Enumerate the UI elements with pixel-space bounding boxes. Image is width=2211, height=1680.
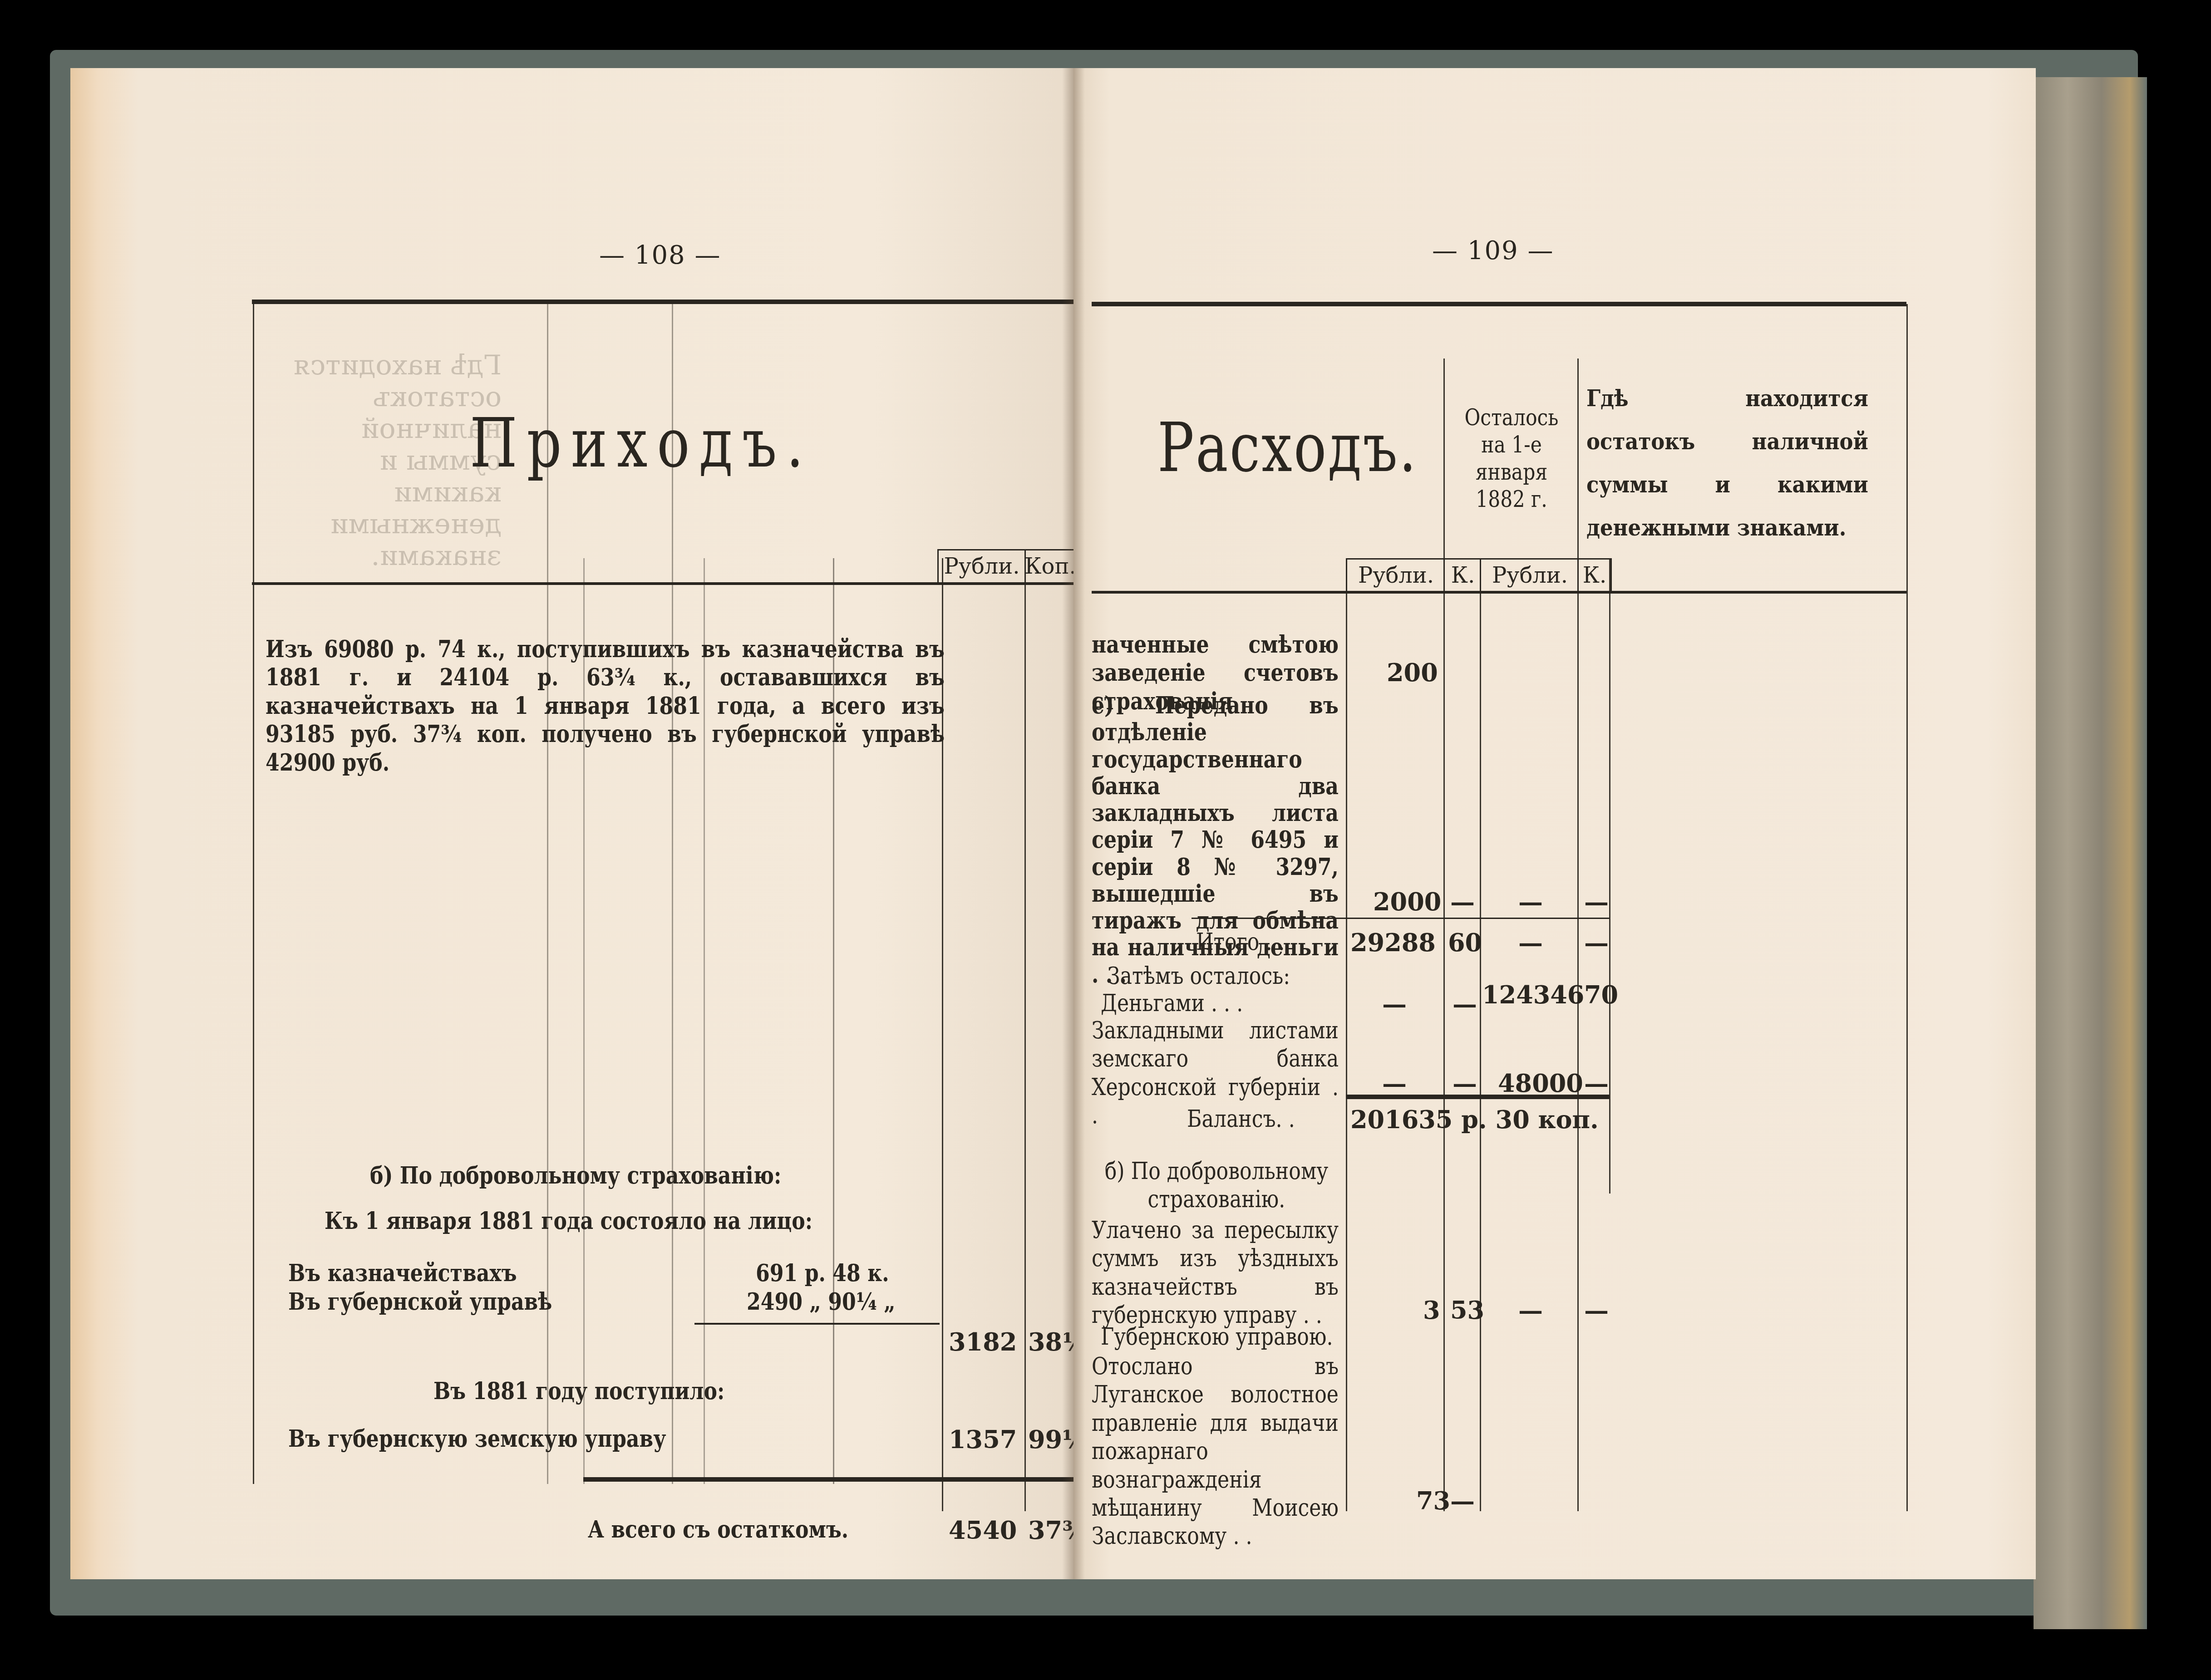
header-bottom-rule [252,582,1073,585]
item1-rubles: 3 [1423,1296,1440,1325]
book-gutter [1062,68,1085,1579]
header-kopecks: К. [1443,558,1481,591]
section-b-subheading: Къ 1 января 1881 года состояло на лицо: [325,1207,813,1235]
row-text: Затѣмъ осталось: [1108,962,1290,990]
row-kopecks: — [1450,887,1475,916]
header-rubles-label: Рубли. [944,554,1019,579]
header-kopecks-remaining: К. [1577,558,1612,591]
header-rubles-label: Рубли. [1358,563,1434,588]
balance-value: 201635 р. 30 коп. [1350,1105,1599,1134]
item-amount: 2490 „ 90¼ „ [747,1288,896,1316]
header-rubles2-label: Рубли. [1492,563,1568,588]
row-rubles: — [1382,989,1407,1018]
header-kopecks-label: К. [1451,563,1475,588]
table-left-border [253,304,254,1484]
row-rem-rubles: — [1518,928,1543,957]
row-text: Деньгами . . . [1101,989,1243,1017]
header-top-rule [252,300,1073,304]
kopecks-column-line [1480,558,1481,1511]
column-divider [1443,359,1445,1511]
item2-kopecks: — [1450,1486,1475,1515]
page-title: Расходъ. [1157,408,1418,487]
item1-rem-kopecks: — [1584,1296,1609,1325]
table-right-border [1906,304,1908,1511]
page-number: — 109 — [1432,236,1554,265]
row-kopecks: 60 [1448,928,1482,957]
left-page: — 108 — Гдѣ находится остатокъ наличной … [70,68,1073,1579]
row-kopecks: — [1453,1069,1477,1098]
row-rubles: 29288 [1350,928,1436,957]
item1-kopecks: 53 [1450,1296,1484,1325]
rubles-column-line [1346,558,1347,1511]
item2-rubles: 73 [1416,1486,1450,1515]
header-rubles-remaining: Рубли. [1480,558,1579,591]
row-rem-rubles: 124346 [1482,980,1584,1009]
row-rem-kopecks: 70 [1584,980,1618,1009]
page-title: Приходъ. [470,404,813,483]
section-b-item2: Отослано въ Луганское волостное правлені… [1092,1352,1339,1551]
received-rubles: 1357 [949,1425,1017,1454]
header-remaining: Осталось на 1-е января 1882 г. [1458,404,1566,513]
itogo-rule [1192,918,1609,919]
received-label: Въ губернскую земскую управу [288,1425,666,1453]
subtotal-rubles: 3182 [949,1327,1017,1356]
row-rem-kopecks: — [1584,1069,1609,1098]
balance-rule [1346,1095,1609,1099]
header-kopecks2-label: К. [1583,563,1606,588]
header-bottom-rule [1092,591,1906,594]
row-rubles: — [1382,1069,1407,1098]
received-heading: Въ 1881 году поступило: [433,1377,724,1405]
row-kopecks: — [1453,989,1477,1018]
section-b-heading: б) По добровольному страхованію. [1101,1157,1332,1214]
page-number: — 108 — [599,241,721,270]
header-rubles: Рубли. [1346,558,1445,591]
page-block-edge [2034,77,2147,1629]
column-divider [1577,359,1579,1511]
item-label: Въ губернской управѣ [288,1288,552,1316]
row-text: Итого . . [1196,928,1285,956]
item-amount: 691 р. 48 к. [756,1259,889,1287]
header-rubles: Рубли. [937,549,1025,582]
balance-label: Балансъ. . [1187,1105,1295,1133]
row-rem-kopecks: — [1584,928,1609,957]
total-rubles: 4540 [949,1516,1017,1545]
row-rem-rubles: — [1518,887,1543,916]
total-label: А всего съ остаткомъ. [588,1516,848,1544]
intro-paragraph: Изъ 69080 р. 74 к., поступившихъ въ казн… [266,635,945,777]
item1-rem-rubles: — [1518,1296,1543,1325]
right-page: — 109 — Расходъ. Осталось на 1-е января … [1073,68,2036,1579]
header-where: Гдѣ находится остатокъ наличной суммы и … [1586,377,1868,549]
kopecks-column-line [1609,558,1610,1194]
row-rubles: 200 [1387,658,1438,687]
item-label: Въ казначействахъ [288,1259,517,1287]
section-b-heading: б) По добровольному страхованію: [370,1162,781,1190]
row-rem-kopecks: — [1584,887,1609,916]
bleed-through-text: Гдѣ находится остатокъ наличной суммы и … [266,349,502,572]
row-rubles: 2000 [1373,887,1441,916]
section-b-item1: Улачено за пересылку суммъ изъ уѣздныхъ … [1092,1216,1339,1330]
kopecks-column-line [1024,558,1026,1511]
section-b-item2-heading: Губернскою управою. [1101,1323,1333,1351]
subtotal-rule [694,1323,940,1325]
header-top-rule [1092,302,1906,306]
row-rem-rubles: 48000 [1498,1069,1583,1098]
total-rule [583,1477,1073,1482]
